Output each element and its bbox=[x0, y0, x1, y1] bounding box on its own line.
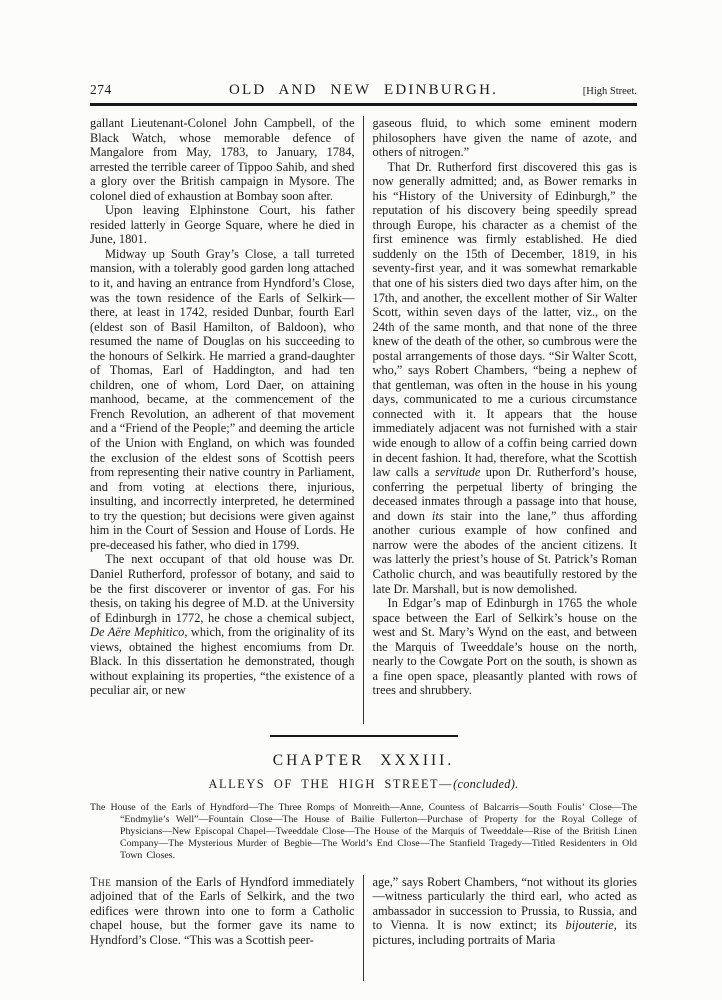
text-run: The next occupant of that old house was … bbox=[90, 552, 355, 624]
text-run: Midway up South Gray’s Close, a tall tur… bbox=[90, 247, 355, 552]
paragraph: Midway up South Gray’s Close, a tall tur… bbox=[90, 247, 355, 552]
paragraph: gallant Lieutenant-Colonel John Campbell… bbox=[90, 116, 355, 203]
text-run: gaseous fluid, to which some eminent mod… bbox=[373, 116, 638, 159]
page-title: OLD AND NEW EDINBURGH. bbox=[162, 82, 565, 99]
page-number: 274 bbox=[90, 82, 162, 98]
top-left-column: gallant Lieutenant-Colonel John Campbell… bbox=[90, 116, 363, 724]
paragraph: The next occupant of that old house was … bbox=[90, 552, 355, 697]
text-run: In Edgar’s map of Edinburgh in 1765 the … bbox=[373, 596, 638, 697]
paragraph: gaseous fluid, to which some eminent mod… bbox=[373, 116, 638, 160]
paragraph: That Dr. Rutherford first discovered thi… bbox=[373, 160, 638, 596]
top-right-column: gaseous fluid, to which some eminent mod… bbox=[363, 116, 638, 724]
text-run: Upon leaving Elphinstone Court, his fath… bbox=[90, 203, 355, 246]
chapter-heading: CHAPTER XXXIII. bbox=[90, 752, 637, 770]
italic-text-run: De Aëre Mephitico bbox=[90, 625, 184, 639]
bottom-section: The mansion of the Earls of Hyndford imm… bbox=[90, 875, 637, 981]
chapter-subheading: ALLEYS OF THE HIGH STREET—(concluded). bbox=[90, 777, 637, 792]
chapter-heading-block: CHAPTER XXXIII. ALLEYS OF THE HIGH STREE… bbox=[90, 752, 637, 862]
paragraph: In Edgar’s map of Edinburgh in 1765 the … bbox=[373, 596, 638, 698]
smallcaps-text-run: The bbox=[90, 875, 111, 889]
running-title: [High Street. bbox=[565, 86, 637, 97]
top-section: gallant Lieutenant-Colonel John Campbell… bbox=[90, 116, 637, 724]
italic-text-run: servitude bbox=[435, 465, 480, 479]
chapter-summary: The House of the Earls of Hyndford—The T… bbox=[90, 802, 637, 862]
header-rule bbox=[90, 103, 637, 106]
paragraph: The mansion of the Earls of Hyndford imm… bbox=[90, 875, 355, 948]
chapter-subheading-text: ALLEYS OF THE HIGH STREET— bbox=[209, 777, 454, 791]
paragraph: age,” says Robert Chambers, “not without… bbox=[373, 875, 638, 948]
bottom-left-column: The mansion of the Earls of Hyndford imm… bbox=[90, 875, 363, 981]
text-run: That Dr. Rutherford first discovered thi… bbox=[373, 160, 638, 479]
text-run: mansion of the Earls of Hyndford immedia… bbox=[90, 875, 355, 947]
chapter-subheading-note: (concluded). bbox=[453, 777, 518, 791]
italic-text-run: its bbox=[432, 509, 444, 523]
italic-text-run: bijouterie bbox=[566, 918, 614, 932]
section-divider-rule bbox=[270, 735, 458, 737]
bottom-right-column: age,” says Robert Chambers, “not without… bbox=[363, 875, 638, 981]
book-page: 274 OLD AND NEW EDINBURGH. [High Street.… bbox=[0, 0, 722, 1000]
text-run: gallant Lieutenant-Colonel John Campbell… bbox=[90, 116, 355, 203]
paragraph: Upon leaving Elphinstone Court, his fath… bbox=[90, 203, 355, 247]
page-header: 274 OLD AND NEW EDINBURGH. [High Street. bbox=[90, 82, 637, 99]
